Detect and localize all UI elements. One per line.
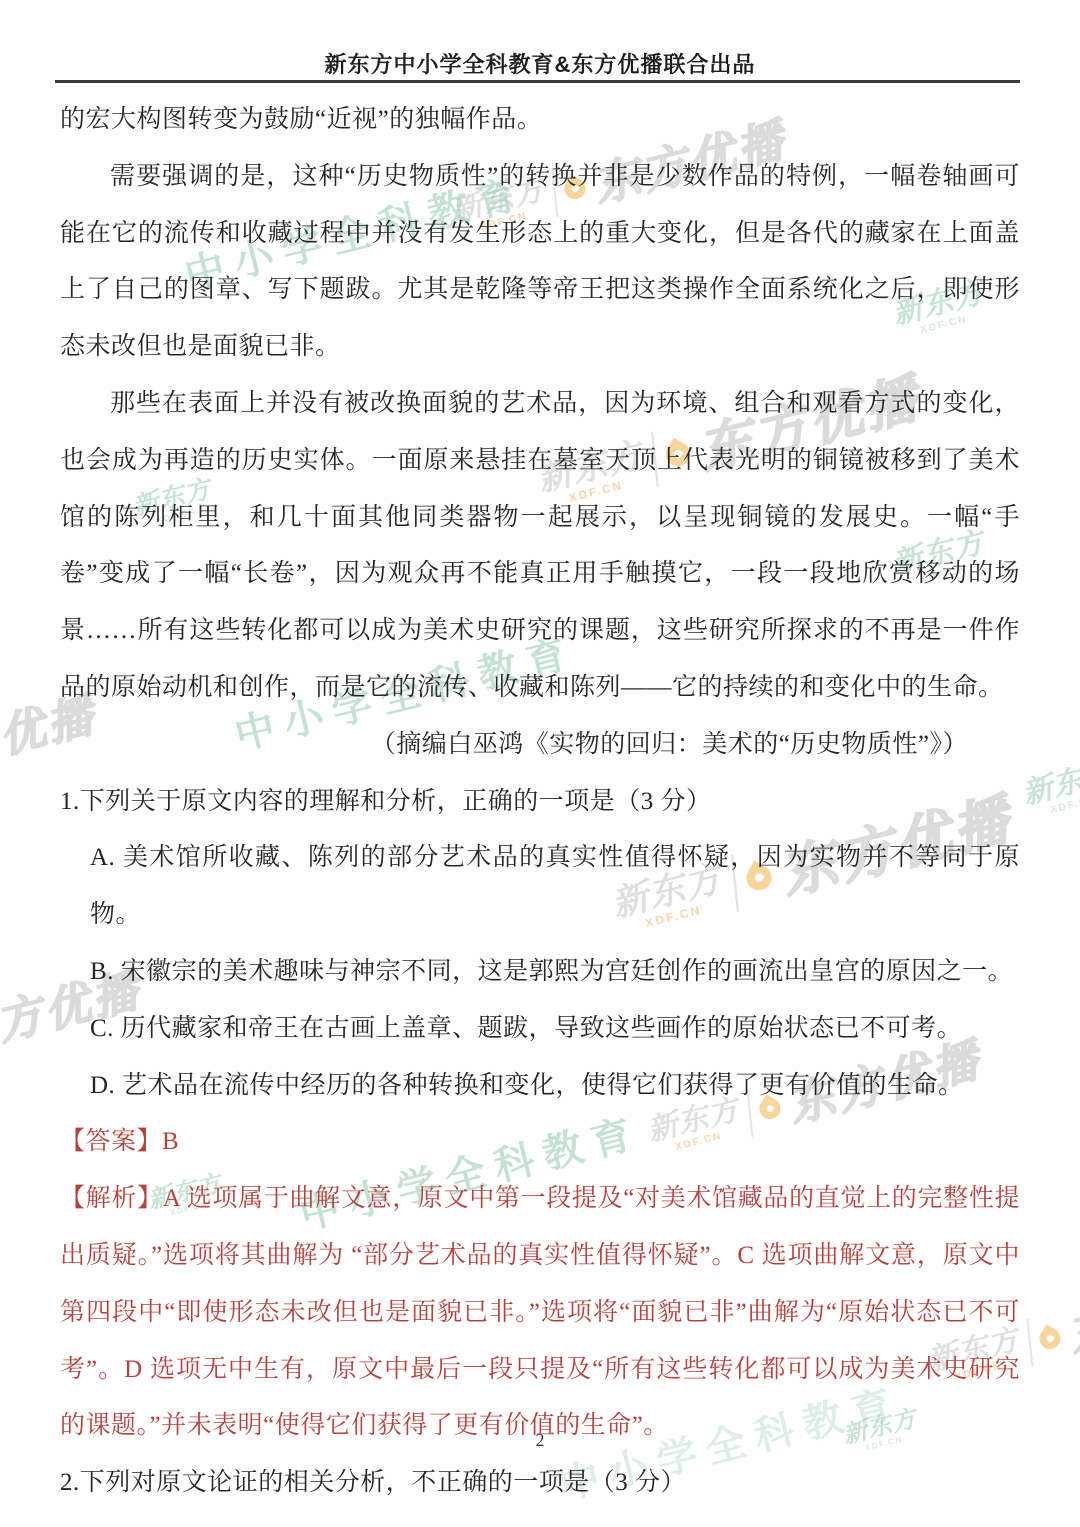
question-1-option-a: A. 美术馆所收藏、陈列的部分艺术品的真实性值得怀疑，因为实物并不等同于原物。: [60, 830, 1020, 944]
article-paragraph: 那些在表面上并没有被改换面貌的艺术品，因为环境、组合和观看方式的变化，也会成为再…: [60, 376, 1020, 717]
answer-text: 【答案】B: [60, 1114, 1020, 1171]
watermark-xdf-logo: 新东方 XDF.CN: [1020, 758, 1080, 821]
question-1-text: 1.下列关于原文内容的理解和分析，正确的一项是（3 分）: [60, 774, 1020, 831]
question-2-text: 2.下列对原文论证的相关分析，不正确的一项是（3 分）: [60, 1455, 1020, 1512]
youbo-logo-text: 东方优播: [1061, 1254, 1080, 1365]
xdf-domain-text: XDF.CN: [1049, 795, 1080, 816]
page-number: 2: [0, 1430, 1080, 1451]
logo-divider: [1026, 1319, 1033, 1367]
flame-icon: [1035, 1324, 1064, 1353]
source-attribution: （摘编白巫鸿《实物的回归：美术的“历史物质性”》）: [60, 717, 1020, 774]
question-1-option-d: D. 艺术品在流传中经历的各种转换和变化，使得它们获得了更有价值的生命。: [60, 1058, 1020, 1115]
article-content: 的宏大构图转变为鼓励“近视”的独幅作品。 需要强调的是，这种“历史物质性”的转换…: [60, 92, 1020, 1512]
header-divider: [55, 80, 1020, 83]
xdf-logo-text: 新东方: [1020, 758, 1080, 810]
article-paragraph: 需要强调的是，这种“历史物质性”的转换并非是少数作品的特例，一幅卷轴画可能在它的…: [60, 149, 1020, 376]
analysis-text: 【解析】A 选项属于曲解文意，原文中第一段提及“对美术馆藏品的直觉上的完整性提出…: [60, 1171, 1020, 1455]
question-1-option-b: B. 宋徽宗的美术趣味与神宗不同，这是郭熙为宫廷创作的画流出皇宫的原因之一。: [60, 944, 1020, 1001]
xdf-logo: 新东方 XDF.CN: [1020, 758, 1080, 821]
document-page: 新东方中小学全科教育&东方优播联合出品 新东方 XDF.CN 东方优播 新东方 …: [0, 0, 1080, 1527]
page-header-title: 新东方中小学全科教育&东方优播联合出品: [0, 48, 1080, 79]
question-1-option-c: C. 历代藏家和帝王在古画上盖章、题跋，导致这些画作的原始状态已不可考。: [60, 1001, 1020, 1058]
article-paragraph-continuation: 的宏大构图转变为鼓励“近视”的独幅作品。: [60, 92, 1020, 149]
